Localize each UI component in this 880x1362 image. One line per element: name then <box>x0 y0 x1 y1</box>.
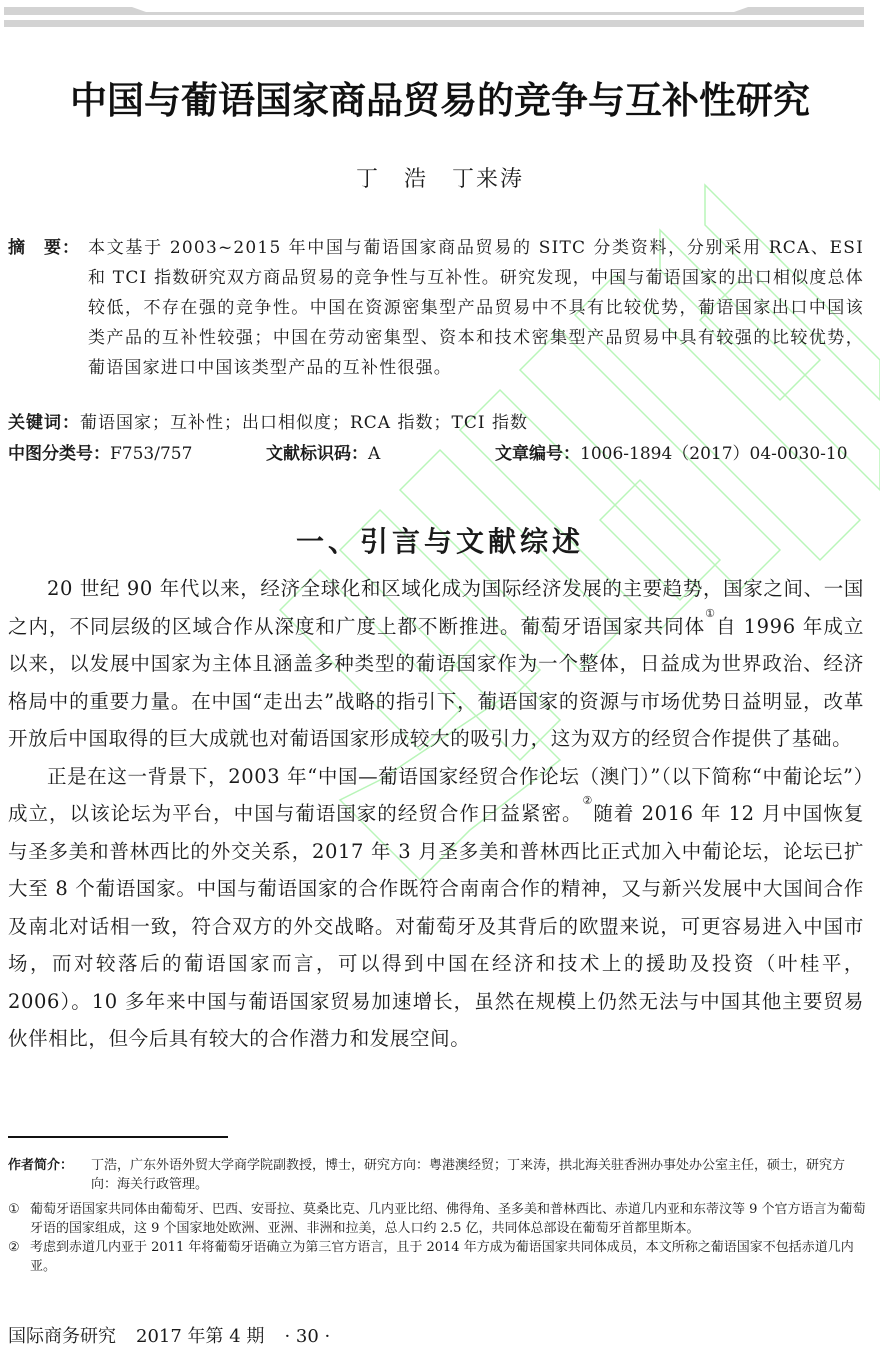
paragraph-text: 随着 2016 年 12 月中国恢复与圣多美和普林西比的外交关系，2017 年 … <box>8 802 864 1050</box>
footnote: ② 考虑到赤道几内亚于 2011 年将葡萄牙语确立为第三官方语言，且于 2014… <box>8 1238 868 1276</box>
journal-name: 国际商务研究 <box>8 1326 116 1347</box>
footnote-mark: ① <box>8 1200 20 1219</box>
footnote-ref[interactable]: ② <box>582 794 593 807</box>
body-text: 20 世纪 90 年代以来，经济全球化和区域化成为国际经济发展的主要趋势，国家之… <box>8 570 864 1058</box>
footnote-divider <box>8 1136 228 1138</box>
author-note: 作者简介： 丁浩，广东外语外贸大学商学院副教授，博士，研究方向：粤港澳经贸；丁来… <box>8 1156 868 1194</box>
abstract-label: 摘 要： <box>8 233 80 263</box>
abstract-text: 本文基于 2003~2015 年中国与葡语国家商品贸易的 SITC 分类资料，分… <box>88 233 864 383</box>
document-code: 文献标识码：A <box>266 440 380 468</box>
clc-value: F753/757 <box>110 444 192 464</box>
footnote: ① 葡萄牙语国家共同体由葡萄牙、巴西、安哥拉、莫桑比克、几内亚比绍、佛得角、圣多… <box>8 1200 868 1238</box>
keywords: 关键词：葡语国家；互补性；出口相似度；RCA 指数；TCI 指数 <box>8 409 868 437</box>
keywords-label: 关键词： <box>8 413 80 433</box>
page-footer: 国际商务研究2017 年第 4 期· 30 · <box>8 1322 350 1348</box>
article-no-value: 1006-1894（2017）04-0030-10 <box>580 444 848 464</box>
clc-label: 中图分类号： <box>8 444 110 464</box>
doc-code-value: A <box>368 444 380 464</box>
article-no-label: 文章编号： <box>495 444 580 464</box>
page-number: · 30 · <box>284 1326 330 1347</box>
keywords-text: 葡语国家；互补性；出口相似度；RCA 指数；TCI 指数 <box>80 413 528 433</box>
clc-number: 中图分类号：F753/757 <box>8 440 192 468</box>
header-decoration-bars <box>4 5 864 27</box>
abstract: 摘 要： 本文基于 2003~2015 年中国与葡语国家商品贸易的 SITC 分… <box>8 233 864 383</box>
footnote-ref[interactable]: ① <box>705 607 716 620</box>
doc-code-label: 文献标识码： <box>266 444 368 464</box>
section-heading: 一、引言与文献综述 <box>0 520 880 560</box>
article-title: 中国与葡语国家商品贸易的竞争与互补性研究 <box>0 70 880 124</box>
paragraph: 正是在这一背景下，2003 年“中国—葡语国家经贸合作论坛（澳门）”（以下简称“… <box>8 758 864 1058</box>
footnote-mark: ② <box>8 1238 20 1257</box>
article-authors: 丁 浩 丁来涛 <box>0 162 880 193</box>
author-note-text: 丁浩，广东外语外贸大学商学院副教授，博士，研究方向：粤港澳经贸；丁来涛，拱北海关… <box>91 1156 868 1194</box>
article-number: 文章编号：1006-1894（2017）04-0030-10 <box>495 440 848 468</box>
footnote-text: 考虑到赤道几内亚于 2011 年将葡萄牙语确立为第三官方语言，且于 2014 年… <box>30 1240 854 1274</box>
issue-number: 2017 年第 4 期 <box>136 1326 264 1347</box>
author-note-label: 作者简介： <box>8 1156 73 1175</box>
paragraph: 20 世纪 90 年代以来，经济全球化和区域化成为国际经济发展的主要趋势，国家之… <box>8 570 864 758</box>
footnotes: ① 葡萄牙语国家共同体由葡萄牙、巴西、安哥拉、莫桑比克、几内亚比绍、佛得角、圣多… <box>8 1200 868 1276</box>
footnote-text: 葡萄牙语国家共同体由葡萄牙、巴西、安哥拉、莫桑比克、几内亚比绍、佛得角、圣多美和… <box>30 1202 866 1236</box>
